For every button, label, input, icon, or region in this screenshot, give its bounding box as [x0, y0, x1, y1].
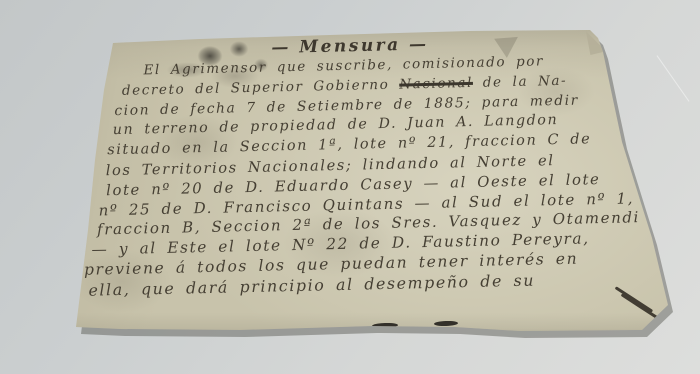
- manuscript-body: El Agrimensor que suscribe, comisionado …: [75, 50, 655, 301]
- line-2-post: de la Na-: [473, 73, 568, 91]
- manuscript-paper: — Mensura — El Agrimensor que suscribe, …: [60, 22, 680, 338]
- edge-ink-chip-2: [434, 321, 458, 327]
- corner-slash-mark-1: [615, 286, 653, 312]
- corner-slash-mark-2: [621, 293, 659, 319]
- photo-background: — Mensura — El Agrimensor que suscribe, …: [0, 0, 700, 374]
- background-scratch: [657, 55, 690, 101]
- struck-word: Nacional: [399, 75, 473, 93]
